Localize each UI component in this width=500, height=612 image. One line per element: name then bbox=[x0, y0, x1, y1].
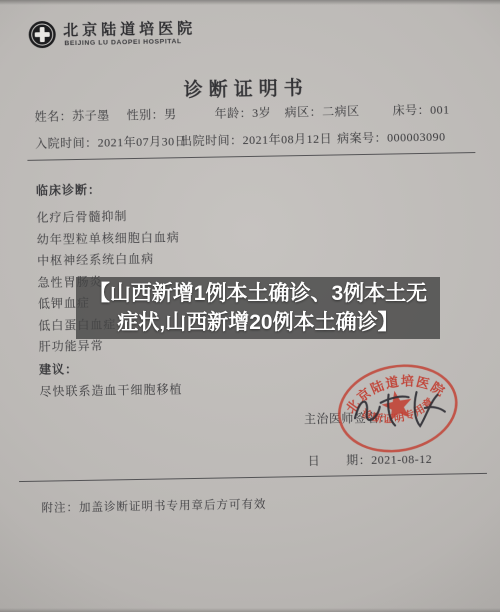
gender-label: 性别： bbox=[127, 107, 165, 122]
diagnosis-item: 肝功能异常 bbox=[39, 337, 104, 355]
admission-field: 入院时间：2021年07月30日 bbox=[35, 132, 187, 152]
diagnosis-item: 幼年型粒单核细胞白血病 bbox=[37, 228, 180, 247]
hospital-name-cn: 北京陆道培医院 bbox=[63, 17, 196, 40]
news-caption-line2: 症状,山西新增20例本土确诊】 bbox=[117, 308, 398, 337]
ward-label: 病区： bbox=[285, 105, 323, 120]
discharge-label: 出院时间： bbox=[180, 133, 243, 148]
record-number-label: 病案号： bbox=[337, 131, 387, 146]
date-value: 2021-08-12 bbox=[371, 452, 432, 467]
gender-value: 男 bbox=[164, 107, 177, 121]
ward-field: 病区：二病区 bbox=[284, 102, 359, 120]
discharge-value: 2021年08月12日 bbox=[242, 132, 332, 148]
document-photo: 北京陆道培医院 BEIJING LU DAOPEI HOSPITAL 诊断证明书… bbox=[0, 0, 500, 612]
admission-label: 入院时间： bbox=[35, 136, 98, 151]
bed-field: 床号：001 bbox=[392, 100, 449, 118]
footnote-label: 附注： bbox=[41, 502, 79, 515]
name-label: 姓名： bbox=[35, 109, 73, 124]
date-label-left: 日 bbox=[308, 454, 321, 468]
header-divider bbox=[27, 152, 475, 161]
ward-value: 二病区 bbox=[322, 104, 360, 119]
footer-divider bbox=[19, 473, 487, 483]
date-field: 日期：2021-08-12 bbox=[308, 450, 433, 469]
hospital-name-en: BEIJING LU DAOPEI HOSPITAL bbox=[64, 38, 182, 47]
date-label-right: 期： bbox=[346, 453, 371, 467]
age-value: 3岁 bbox=[252, 106, 271, 120]
discharge-field: 出院时间：2021年08月12日 bbox=[180, 130, 332, 150]
footnote-text: 加盖诊断证明书专用章后方可有效 bbox=[79, 499, 267, 514]
hospital-logo-icon bbox=[28, 20, 56, 48]
suggestion-text: 尽快联系造血干细胞移植 bbox=[39, 380, 182, 399]
record-number-field: 病案号：000003090 bbox=[337, 128, 446, 147]
name-field: 姓名：苏子墨 bbox=[35, 106, 110, 124]
bed-value: 001 bbox=[430, 102, 450, 116]
gender-field: 性别：男 bbox=[126, 105, 176, 123]
suggestion-label: 建议： bbox=[39, 360, 78, 378]
diagnosis-section-label: 临床诊断： bbox=[36, 181, 101, 199]
age-field: 年龄：3岁 bbox=[214, 104, 271, 122]
diagnosis-item: 中枢神经系统白血病 bbox=[37, 250, 154, 269]
name-value: 苏子墨 bbox=[72, 108, 110, 123]
news-caption-overlay: 【山西新增1例本土确诊、3例本土无 症状,山西新增20例本土确诊】 bbox=[76, 277, 440, 339]
age-label: 年龄： bbox=[215, 106, 253, 121]
record-number-value: 000003090 bbox=[387, 130, 446, 145]
news-caption-line1: 【山西新增1例本土确诊、3例本土无 bbox=[89, 279, 427, 308]
physician-signature-ink bbox=[346, 384, 465, 434]
bed-label: 床号： bbox=[392, 103, 430, 118]
footnote: 附注：加盖诊断证明书专用章后方可有效 bbox=[41, 496, 266, 516]
diagnosis-item: 化疗后骨髓抑制 bbox=[36, 207, 127, 226]
admission-value: 2021年07月30日 bbox=[98, 134, 188, 150]
